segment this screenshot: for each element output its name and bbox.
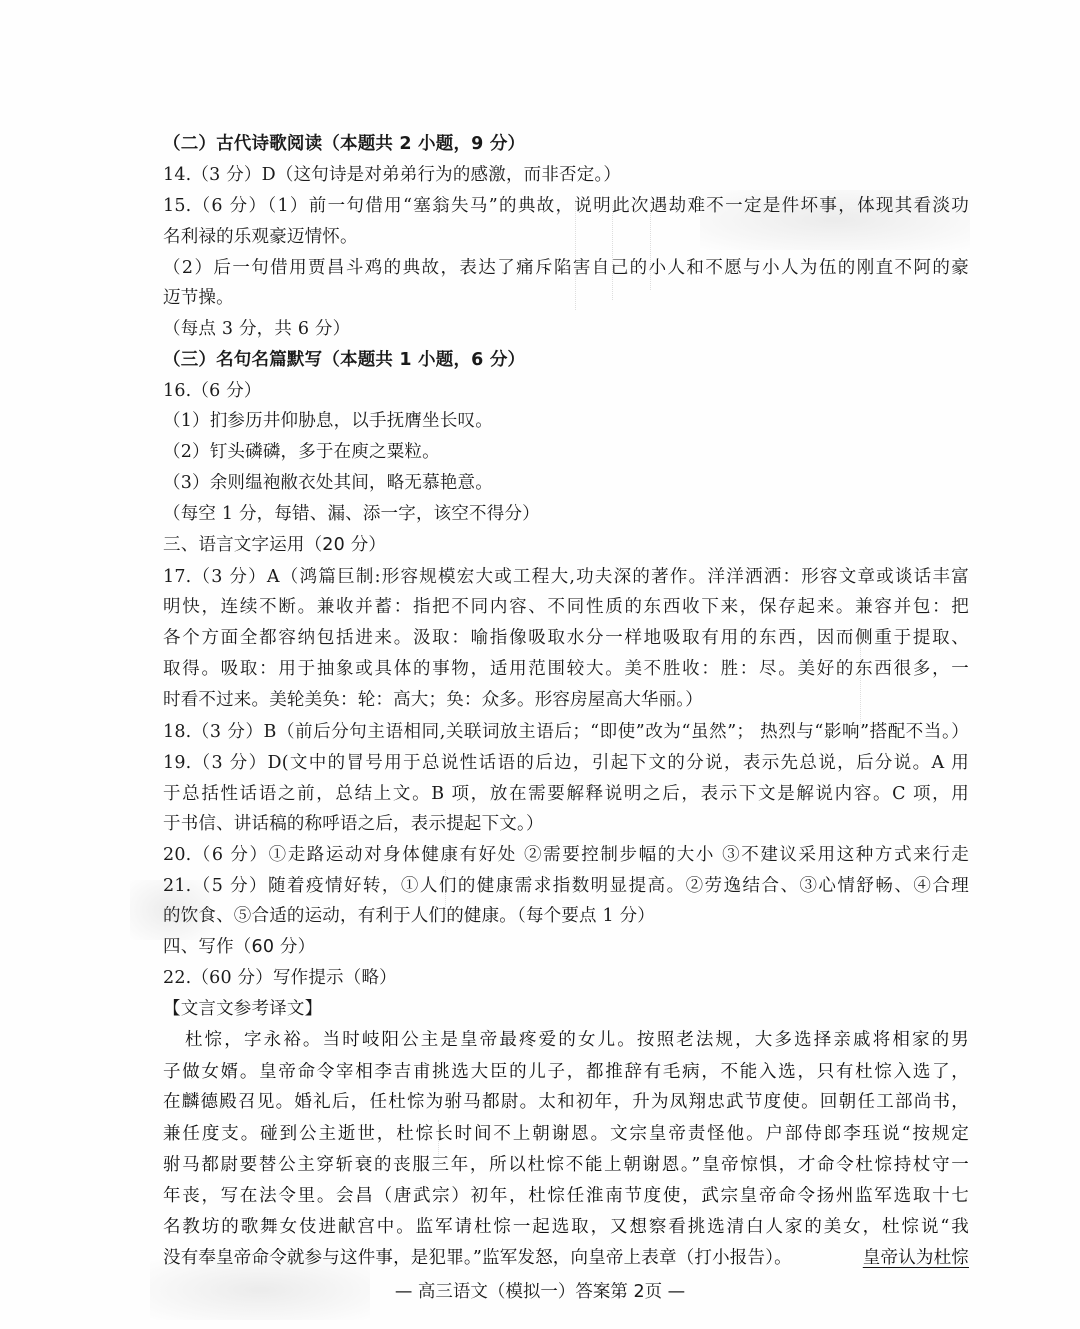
answer-q19-line: 于总括性话语之前，总结上文。B 项，放在需要解释说明之后，表示下文是解说内容。C… [163, 779, 969, 809]
answer-q17-line: 明快，连续不断。兼收并蓄：指把不同内容、不同性质的东西收下来，保存起来。兼容并包… [163, 592, 969, 622]
answer-q19-line: 于书信、讲话稿的称呼语之后，表示提起下文。） [163, 809, 969, 839]
page-footer: — 高三语文（模拟一）答案第 2页 — [0, 1277, 1080, 1307]
answer-q16-item: （1）扪参历井仰胁息，以手抚膺坐长叹。 [163, 406, 969, 436]
part-heading-writing: 四、写作（60 分） [163, 932, 969, 962]
answer-q17-line: 各个方面全都容纳包括进来。汲取：喻指像吸取水分一样地吸取有用的东西，因而侧重于提… [163, 623, 969, 653]
answer-q19-line: 19.（3 分）D(文中的冒号用于总说性话语的后边，引起下文的分说，表示先总说，… [163, 748, 969, 778]
section-heading-dictation: （三）名句名篇默写（本题共 1 小题，6 分） [163, 345, 969, 375]
answer-q17-line: 取得。吸取：用于抽象或具体的事物，适用范围较大。美不胜收：胜：尽。美好的东西很多… [163, 654, 969, 684]
scoring-note: （每空 1 分，每错、漏、添一字，该空不得分） [163, 499, 969, 529]
section-heading-poetry: （二）古代诗歌阅读（本题共 2 小题，9 分） [163, 129, 969, 159]
answer-q16: 16.（6 分） [163, 376, 969, 406]
answer-q16-item: （3）余则缊袍敝衣处其间，略无慕艳意。 [163, 468, 969, 498]
answer-q14: 14.（3 分）D（这句诗是对弟弟行为的感激，而非否定。） [163, 160, 969, 190]
underlined-text: 皇帝认为杜悰 [863, 1243, 969, 1273]
answer-q20: 20.（6 分）①走路运动对身体健康有好处 ②需要控制步幅的大小 ③不建议采用这… [163, 840, 969, 870]
answer-q17-line: 17.（3 分）A（鸿篇巨制:形容规模宏大或工程大,功夫深的著作。洋洋洒洒：形容… [163, 562, 969, 592]
translation-line: 杜悰，字永裕。当时岐阳公主是皇帝最疼爱的女儿。按照老法规，大多选择亲戚将相家的男 [185, 1025, 969, 1055]
answer-q15-line: （2）后一句借用贾昌斗鸡的典故，表达了痛斥陷害自己的小人和不愿与小人为伍的刚直不… [163, 253, 969, 283]
answer-key-page: （二）古代诗歌阅读（本题共 2 小题，9 分） 14.（3 分）D（这句诗是对弟… [0, 0, 1080, 1329]
part-heading-language: 三、语言文字运用（20 分） [163, 530, 969, 560]
translation-line: 兼任度支。碰到公主逝世，杜悰长时间不上朝谢恩。文宗皇帝责怪他。户部侍郎李珏说“按… [163, 1119, 969, 1149]
answer-q18: 18.（3 分）B（前后分句主语相同,关联词放主语后；“即使”改为“虽然”； 热… [163, 717, 969, 747]
translation-line: 驸马都尉要替公主穿斩衰的丧服三年，所以杜悰不能上朝谢恩。”皇帝惊惧，才命令杜悰持… [163, 1150, 969, 1180]
translation-line: 名教坊的歌舞女伎进献宫中。监军请杜悰一起选取，又想察看挑选清白人家的美女，杜悰说… [163, 1212, 969, 1242]
answer-q22: 22.（60 分）写作提示（略） [163, 963, 969, 993]
answer-q15-line: 名利禄的乐观豪迈情怀。 [163, 222, 969, 252]
answer-q21-line: 的饮食、⑤合适的运动，有利于人们的健康。（每个要点 1 分） [163, 901, 969, 931]
translation-line-text: 没有奉皇帝命令就参与这件事，是犯罪。”监军发怒，向皇帝上表章（打小报告）。 [163, 1243, 792, 1273]
translation-heading: 【文言文参考译文】 [163, 994, 969, 1024]
answer-q16-item: （2）钉头磷磷，多于在庾之粟粒。 [163, 437, 969, 467]
answer-q15-line: 15.（6 分）（1）前一句借用“塞翁失马”的典故，说明此次遇劫难不一定是件坏事… [163, 191, 969, 221]
translation-line: 在麟德殿召见。婚礼后，任杜悰为驸马都尉。太和初年，升为凤翔忠武节度使。回朝任工部… [163, 1087, 969, 1117]
scoring-note: （每点 3 分，共 6 分） [163, 314, 969, 344]
answer-q21-line: 21.（5 分）随着疫情好转，①人们的健康需求指数明显提高。②劳逸结合、③心情舒… [163, 871, 969, 901]
translation-line: 没有奉皇帝命令就参与这件事，是犯罪。”监军发怒，向皇帝上表章（打小报告）。 皇帝… [163, 1243, 969, 1273]
translation-line: 年丧，写在法令里。会昌（唐武宗）初年，杜悰任淮南节度使，武宗皇帝命令扬州监军选取… [163, 1181, 969, 1211]
answer-q17-line: 时看不过来。美轮美奂：轮：高大；奂：众多。形容房屋高大华丽。） [163, 685, 969, 715]
translation-line: 子做女婿。皇帝命令宰相李吉甫挑选大臣的儿子，都推辞有毛病，不能入选，只有杜悰入选… [163, 1057, 969, 1087]
answer-q15-line: 迈节操。 [163, 283, 969, 313]
